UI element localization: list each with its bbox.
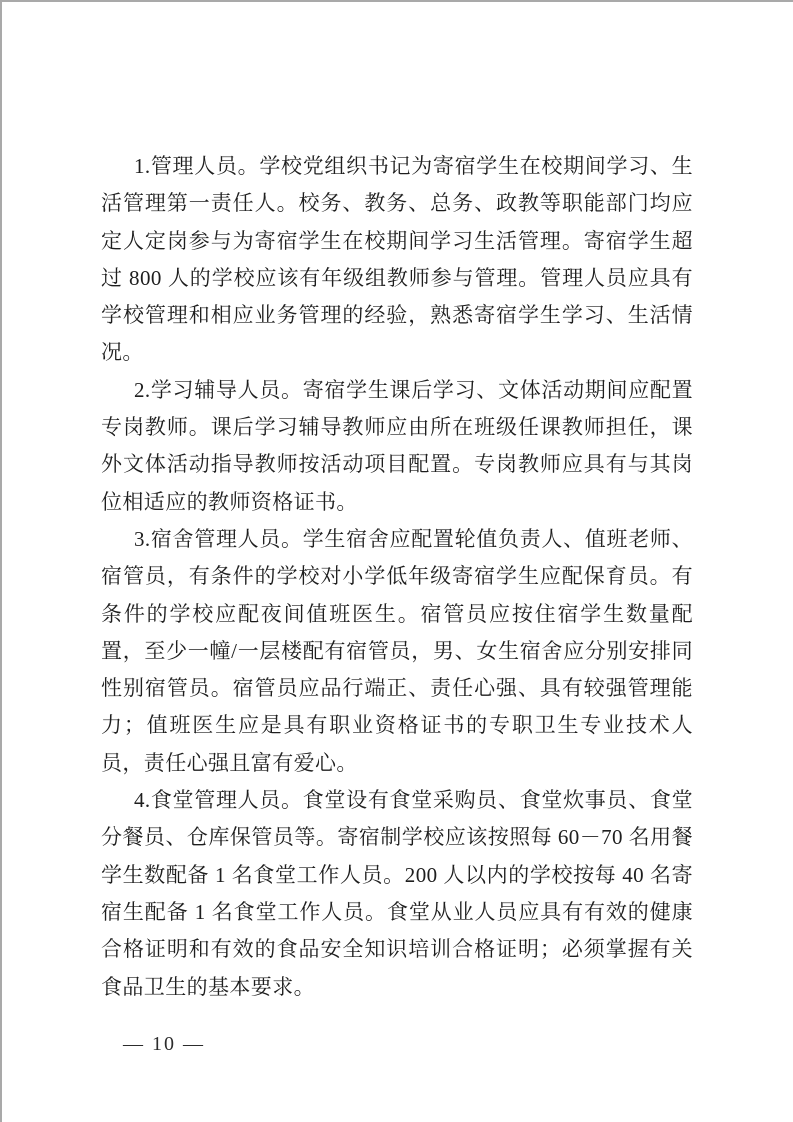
- page-number: — 10 —: [123, 1033, 205, 1056]
- paragraph-canteen-staff: 4.食堂管理人员。食堂设有食堂采购员、食堂炊事员、食堂分餐员、仓库保管员等。寄宿…: [101, 782, 693, 1006]
- document-page: 1.管理人员。学校党组织书记为寄宿学生在校期间学习、生活管理第一责任人。校务、教…: [0, 0, 793, 1122]
- paragraph-tutoring-staff: 2.学习辅导人员。寄宿学生课后学习、文体活动期间应配置专岗教师。课后学习辅导教师…: [101, 372, 693, 521]
- paragraph-dormitory-staff: 3.宿舍管理人员。学生宿舍应配置轮值负责人、值班老师、宿管员，有条件的学校对小学…: [101, 521, 693, 782]
- paragraph-management-staff: 1.管理人员。学校党组织书记为寄宿学生在校期间学习、生活管理第一责任人。校务、教…: [101, 148, 693, 372]
- document-body: 1.管理人员。学校党组织书记为寄宿学生在校期间学习、生活管理第一责任人。校务、教…: [101, 148, 693, 1006]
